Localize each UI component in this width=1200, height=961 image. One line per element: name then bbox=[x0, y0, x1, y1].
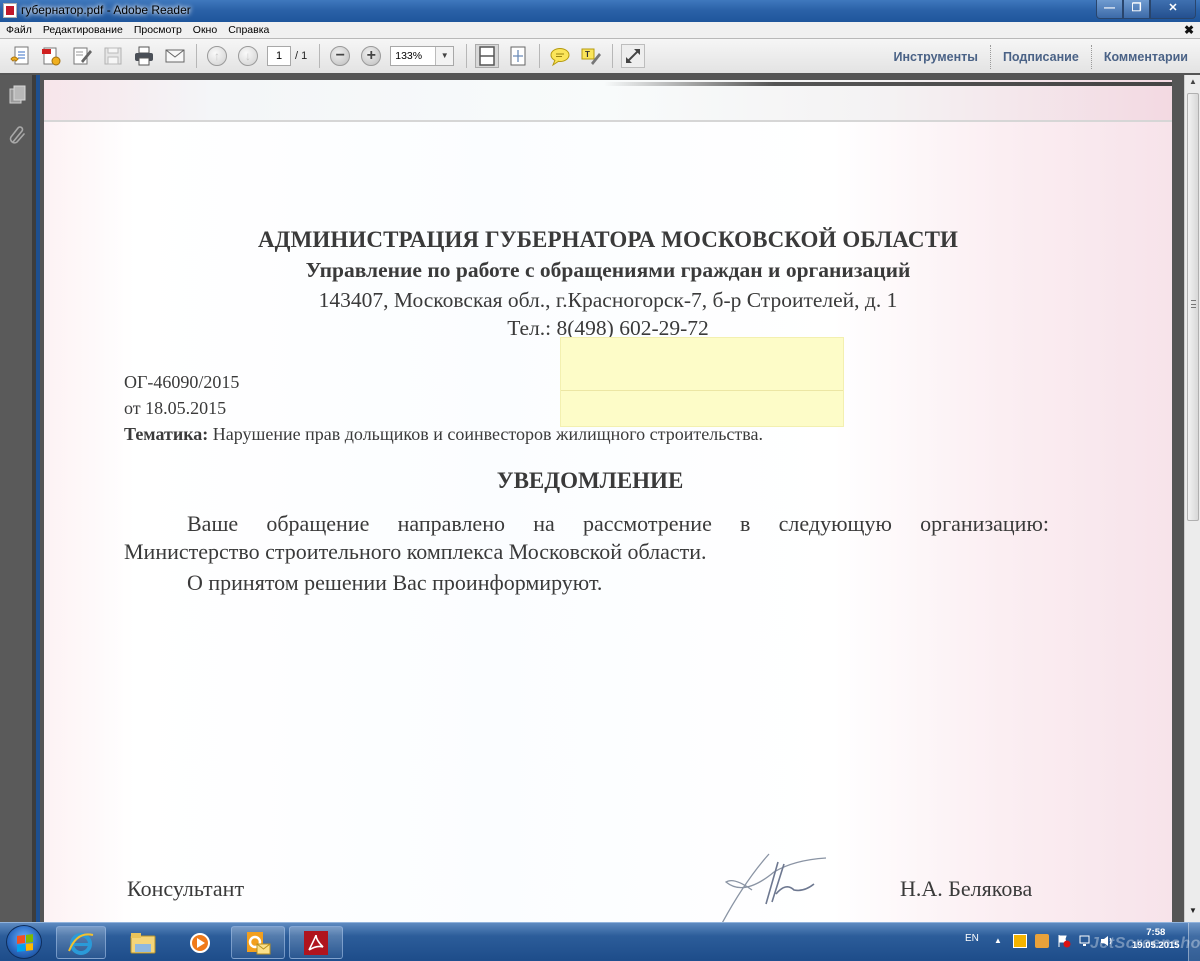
handwritten-signature-icon bbox=[714, 842, 844, 922]
email-icon bbox=[164, 45, 186, 67]
scrollbar-thumb[interactable] bbox=[1187, 93, 1199, 521]
office-tray-icon[interactable] bbox=[1013, 934, 1027, 948]
clock[interactable]: 7:58 19.05.2015 bbox=[1132, 926, 1180, 952]
previous-page-button[interactable]: ↑ bbox=[205, 44, 229, 68]
page-total: / 1 bbox=[295, 50, 307, 62]
menu-view[interactable]: Просмотр bbox=[134, 24, 182, 36]
windows-explorer-icon bbox=[129, 931, 157, 955]
menu-bar: Файл Редактирование Просмотр Окно Справк… bbox=[0, 22, 1200, 38]
fit-page-button[interactable] bbox=[475, 44, 499, 68]
adobe-reader-app-icon[interactable] bbox=[3, 3, 17, 18]
window-title: губернатор.pdf - Adobe Reader bbox=[21, 3, 191, 17]
notice-title: УВЕДОМЛЕНИЕ bbox=[44, 468, 1136, 494]
taskbar-outlook[interactable] bbox=[231, 926, 285, 959]
start-button[interactable] bbox=[6, 925, 42, 959]
toolbar-separator bbox=[466, 44, 467, 68]
windows-logo-icon bbox=[17, 934, 33, 952]
signer-title: Консультант bbox=[127, 876, 244, 902]
print-button[interactable] bbox=[132, 44, 156, 68]
reference-number: ОГ-46090/2015 bbox=[124, 372, 239, 393]
menu-help[interactable]: Справка bbox=[228, 24, 269, 36]
attachments-icon bbox=[9, 125, 27, 145]
sign-panel-button[interactable]: Подписание bbox=[990, 45, 1091, 69]
attachments-button[interactable] bbox=[9, 125, 27, 145]
document-view[interactable]: АДМИНИСТРАЦИЯ ГУБЕРНАТОРА МОСКОВСКОЙ ОБЛ… bbox=[40, 75, 1184, 922]
paragraph-2: О принятом решении Вас проинформируют. bbox=[187, 570, 602, 596]
svg-text:T: T bbox=[585, 50, 590, 59]
taskbar-internet-explorer[interactable] bbox=[56, 926, 106, 959]
close-button[interactable]: ✕ bbox=[1150, 0, 1196, 19]
panel-tabs: Инструменты Подписание Комментарии bbox=[882, 39, 1200, 74]
close-document-icon[interactable]: ✖ bbox=[1184, 23, 1194, 37]
comment-icon bbox=[549, 45, 571, 67]
action-center-flag-icon[interactable] bbox=[1057, 934, 1071, 948]
print-icon bbox=[133, 45, 155, 67]
toolbar-separator bbox=[612, 44, 613, 68]
chevron-down-icon[interactable]: ▼ bbox=[435, 47, 453, 65]
paragraph-1-line-2: Министерство строительного комплекса Мос… bbox=[124, 539, 707, 565]
language-indicator[interactable]: EN bbox=[965, 933, 979, 944]
create-pdf-button[interactable] bbox=[8, 44, 32, 68]
system-tray: EN ▲ JetScreenshot 7:58 19.05.2015 bbox=[950, 923, 1200, 960]
page-thumbnails-icon bbox=[9, 85, 27, 105]
tools-panel-button[interactable]: Инструменты bbox=[882, 45, 990, 69]
restore-button[interactable]: ❐ bbox=[1123, 0, 1150, 19]
zoom-out-button[interactable]: − bbox=[328, 44, 352, 68]
zoom-in-icon: + bbox=[361, 46, 381, 66]
scroll-down-icon[interactable]: ▼ bbox=[1185, 906, 1200, 920]
adobe-reader-icon bbox=[303, 930, 329, 956]
document-date: от 18.05.2015 bbox=[124, 398, 226, 419]
show-desktop-button[interactable] bbox=[1188, 923, 1200, 960]
navigation-pane bbox=[0, 75, 36, 922]
combine-files-button[interactable] bbox=[39, 44, 63, 68]
app-tray-icon[interactable] bbox=[1035, 934, 1049, 948]
toolbar-separator bbox=[196, 44, 197, 68]
zoom-in-button[interactable]: + bbox=[359, 44, 383, 68]
save-button[interactable] bbox=[101, 44, 125, 68]
taskbar-media-player[interactable] bbox=[175, 926, 225, 959]
outlook-icon bbox=[244, 929, 272, 957]
fit-width-icon bbox=[508, 46, 528, 66]
page-thumbnails-button[interactable] bbox=[9, 85, 27, 105]
next-page-icon: ↓ bbox=[238, 46, 258, 66]
add-comment-button[interactable] bbox=[548, 44, 572, 68]
taskbar-adobe-reader[interactable] bbox=[289, 926, 343, 959]
fit-page-icon bbox=[477, 46, 497, 66]
menu-file[interactable]: Файл bbox=[6, 24, 32, 36]
toolbar: ↑ ↓ 1 / 1 − + 133% ▼ T Инструменты Подпи… bbox=[0, 38, 1200, 75]
media-player-icon bbox=[188, 931, 212, 955]
topic-label: Тематика: bbox=[124, 424, 208, 444]
address: 143407, Московская обл., г.Красногорск-7… bbox=[44, 288, 1172, 313]
combine-files-icon bbox=[40, 45, 62, 67]
page-number-input[interactable]: 1 bbox=[267, 46, 291, 66]
clock-time: 7:58 bbox=[1132, 926, 1180, 939]
title-bar: губернатор.pdf - Adobe Reader — ❐ ✕ bbox=[0, 0, 1200, 22]
fit-width-button[interactable] bbox=[506, 44, 530, 68]
redaction-sticky-note bbox=[560, 337, 844, 427]
topic-text: Нарушение прав дольщиков и соинвесторов … bbox=[208, 424, 763, 444]
show-hidden-icons[interactable]: ▲ bbox=[994, 936, 1002, 945]
next-page-button[interactable]: ↓ bbox=[236, 44, 260, 68]
document-heading: АДМИНИСТРАЦИЯ ГУБЕРНАТОРА МОСКОВСКОЙ ОБЛ… bbox=[44, 227, 1172, 253]
taskbar-explorer[interactable] bbox=[118, 926, 168, 959]
edit-icon bbox=[71, 45, 93, 67]
zoom-value[interactable]: 133% bbox=[391, 47, 435, 65]
clock-date: 19.05.2015 bbox=[1132, 939, 1180, 952]
signer-name: Н.А. Белякова bbox=[900, 876, 1032, 902]
toolbar-separator bbox=[539, 44, 540, 68]
menu-edit[interactable]: Редактирование bbox=[43, 24, 123, 36]
fullscreen-icon bbox=[624, 47, 642, 65]
vertical-scrollbar[interactable]: ▲ ▼ bbox=[1184, 75, 1200, 922]
highlight-text-button[interactable]: T bbox=[579, 44, 603, 68]
internet-explorer-icon bbox=[67, 929, 95, 957]
comment-panel-button[interactable]: Комментарии bbox=[1091, 45, 1200, 69]
menu-window[interactable]: Окно bbox=[193, 24, 217, 36]
taskbar: EN ▲ JetScreenshot 7:58 19.05.2015 bbox=[0, 922, 1200, 960]
scan-top-strip bbox=[44, 80, 1172, 122]
edit-button[interactable] bbox=[70, 44, 94, 68]
window-controls: — ❐ ✕ bbox=[1096, 0, 1196, 19]
topic-line: Тематика: Нарушение прав дольщиков и сои… bbox=[124, 424, 763, 445]
scroll-up-icon[interactable]: ▲ bbox=[1185, 77, 1200, 91]
email-button[interactable] bbox=[163, 44, 187, 68]
grip-icon bbox=[1191, 300, 1196, 308]
minimize-button[interactable]: — bbox=[1096, 0, 1123, 19]
create-pdf-icon bbox=[9, 45, 31, 67]
scan-edge bbox=[604, 82, 1172, 86]
paragraph-1: Ваше обращение направлено на рассмотрени… bbox=[124, 508, 1049, 539]
department-name: Управление по работе с обращениями гражд… bbox=[44, 258, 1172, 283]
highlight-text-icon: T bbox=[580, 45, 602, 67]
fullscreen-button[interactable] bbox=[621, 44, 645, 68]
previous-page-icon: ↑ bbox=[207, 46, 227, 66]
pdf-page: АДМИНИСТРАЦИЯ ГУБЕРНАТОРА МОСКОВСКОЙ ОБЛ… bbox=[44, 80, 1172, 922]
save-icon bbox=[102, 45, 124, 67]
zoom-out-icon: − bbox=[330, 46, 350, 66]
toolbar-separator bbox=[319, 44, 320, 68]
zoom-dropdown[interactable]: 133% ▼ bbox=[390, 46, 454, 66]
